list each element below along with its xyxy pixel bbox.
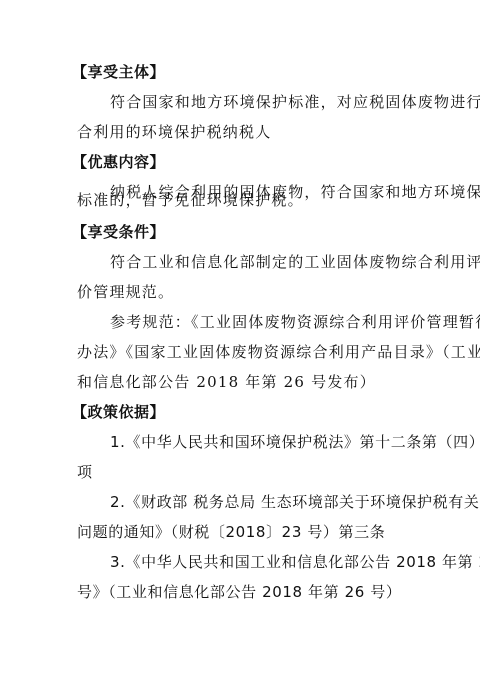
paragraph-line: 标准的，暂予免征环境保护税。 (77, 190, 407, 210)
section-heading-basis: 【政策依据】 (72, 402, 402, 422)
paragraph-line: 项 (77, 462, 407, 482)
paragraph-line: 合利用的环境保护税纳税人 (77, 122, 407, 142)
paragraph-line: 符合工业和信息化部制定的工业固体废物综合利用评 (110, 252, 440, 272)
document-page: 【享受主体】 符合国家和地方环境保护标准，对应税固体废物进行综 合利用的环境保护… (0, 0, 480, 678)
paragraph-line: 2.《财政部 税务总局 生态环境部关于环境保护税有关 (110, 492, 440, 512)
paragraph-line: 1.《中华人民共和国环境保护税法》第十二条第（四） (110, 432, 440, 452)
section-heading-beneficiary: 【享受主体】 (72, 62, 402, 82)
paragraph-line: 号》（工业和信息化部公告 2018 年第 26 号） (77, 582, 407, 602)
paragraph-line: 办法》《国家工业固体废物资源综合利用产品目录》（工业 (77, 342, 407, 362)
paragraph-line: 问题的通知》（财税〔2018〕23 号）第三条 (77, 522, 407, 542)
paragraph-line: 3.《中华人民共和国工业和信息化部公告 2018 年第 26 (110, 552, 440, 572)
paragraph-line: 参考规范：《工业固体废物资源综合利用评价管理暂行 (110, 312, 440, 332)
section-heading-conditions: 【享受条件】 (72, 222, 402, 242)
paragraph-line: 和信息化部公告 2018 年第 26 号发布） (77, 372, 407, 392)
paragraph-line: 价管理规范。 (77, 282, 407, 302)
section-heading-content: 【优惠内容】 (72, 152, 402, 172)
paragraph-line: 符合国家和地方环境保护标准，对应税固体废物进行综 (110, 92, 440, 112)
